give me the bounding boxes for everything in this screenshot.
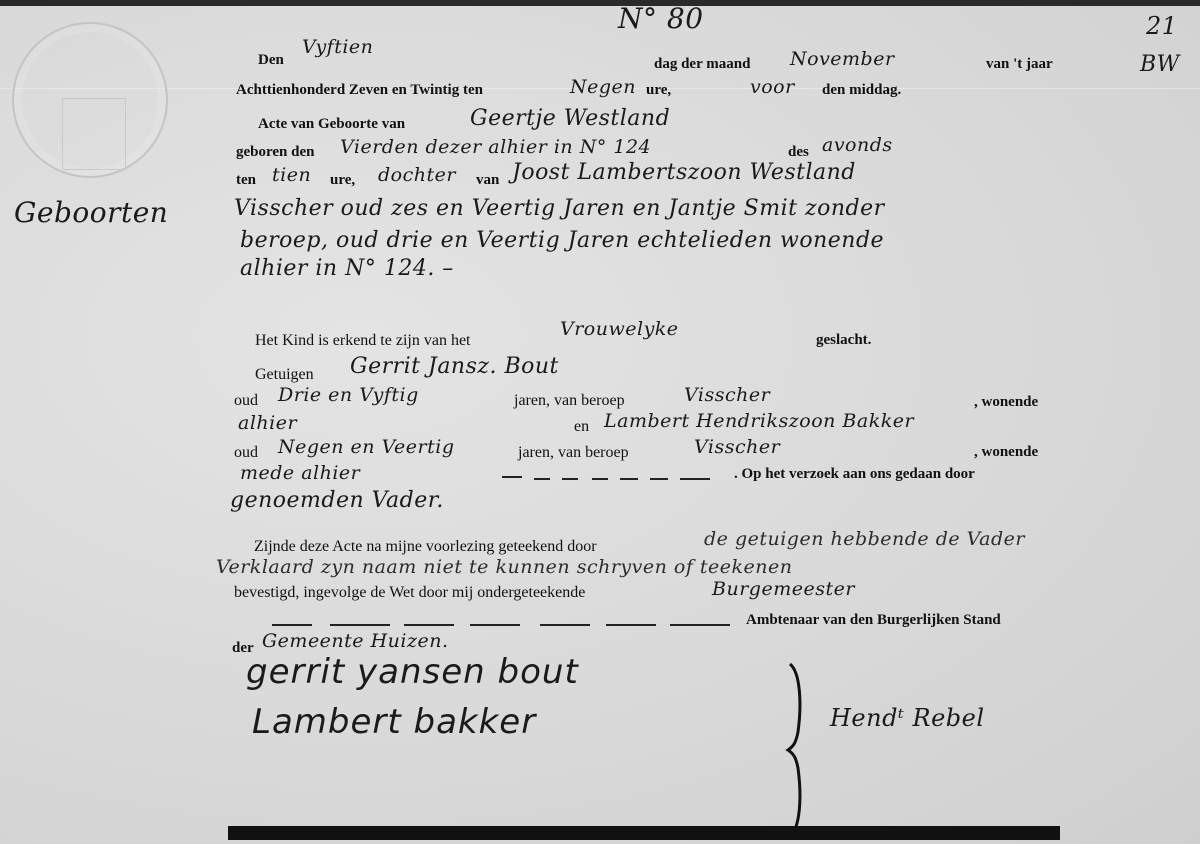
margin-note: Geboorten [14, 196, 168, 229]
en-label: en [574, 418, 589, 436]
witness2-occupation: Visscher [694, 436, 780, 458]
section-divider-rule [228, 826, 1060, 840]
geslacht-label: geslacht. [816, 332, 871, 349]
geboren-label: geboren den [236, 144, 314, 161]
parents-line-1: Visscher oud zes en Veertig Jaren en Jan… [234, 196, 885, 221]
signed-by-value: de getuigen hebbende de Vader [704, 528, 1025, 550]
filler-dash [592, 478, 608, 480]
getuigen-label: Getuigen [255, 366, 314, 384]
father-name: Joost Lambertszoon Westland [512, 160, 856, 185]
filler-dash [540, 624, 590, 626]
witness1-age: Drie en Vyftig [278, 384, 419, 406]
oud-label-2: oud [234, 444, 258, 462]
filler-dash [470, 624, 520, 626]
des-value: avonds [822, 134, 893, 156]
official-title: Burgemeester [712, 578, 855, 600]
hour-value: Negen [570, 76, 636, 98]
witness2-residence: mede alhier [240, 462, 360, 484]
des-label: des [788, 144, 809, 161]
middag-label: den middag. [822, 82, 901, 99]
jaren-label-2: jaren, van beroep [518, 444, 629, 462]
wonende-label-1: , wonende [974, 394, 1038, 411]
official-signature: Hendᵗ Rebel [830, 704, 985, 732]
requester-value: genoemden Vader. [230, 488, 444, 513]
witness1-occupation: Visscher [684, 384, 770, 406]
acte-label: Acte van Geboorte van [258, 116, 405, 133]
seal-shield [62, 98, 126, 170]
oud-label-1: oud [234, 392, 258, 410]
bevestigd-label: bevestigd, ingevolge de Wet door mij ond… [234, 584, 585, 602]
parents-line-2: beroep, oud drie en Veertig Jaren echtel… [240, 228, 884, 253]
witness1-name: Gerrit Jansz. Bout [350, 354, 559, 379]
wonende-label-2: , wonende [974, 444, 1038, 461]
filler-dash [404, 624, 454, 626]
ure-label-2: ure, [330, 172, 355, 189]
van-label: van [476, 172, 499, 189]
child-name: Geertje Westland [470, 106, 670, 131]
municipality-value: Gemeente Huizen. [262, 630, 449, 652]
page-initials: BW [1140, 52, 1180, 77]
month-value: November [790, 48, 895, 70]
ambtenaar-label: Ambtenaar van den Burgerlijken Stand [746, 612, 1001, 629]
ure-label: ure, [646, 82, 671, 99]
witness1-signature: gerrit yansen bout [246, 652, 579, 692]
witness1-residence: alhier [238, 412, 297, 434]
van-t-jaar-label: van 't jaar [986, 56, 1053, 73]
ten-label: ten [236, 172, 256, 189]
witness2-age: Negen en Veertig [278, 436, 455, 458]
dag-der-maand-label: dag der maand [654, 56, 750, 73]
filler-dash [680, 478, 710, 480]
gender-label: Het Kind is erkend te zijn van het [255, 332, 471, 350]
voor-value: voor [750, 76, 795, 98]
filler-dash [502, 476, 522, 478]
declared-value: Verklaard zyn naam niet te kunnen schryv… [216, 556, 793, 578]
filler-dash [330, 624, 390, 626]
filler-dash [562, 478, 578, 480]
year-text: Achttienhonderd Zeven en Twintig ten [236, 82, 483, 99]
jaren-label-1: jaren, van beroep [514, 392, 625, 410]
den-label: Den [258, 52, 284, 69]
birth-date-place: Vierden dezer alhier in N° 124 [340, 136, 651, 158]
witness2-name: Lambert Hendrikszoon Bakker [604, 410, 914, 432]
gender-value: Vrouwelyke [560, 318, 679, 340]
embossed-seal [12, 22, 168, 178]
page-top-edge [0, 0, 1200, 6]
witness2-signature: Lambert bakker [252, 702, 536, 742]
filler-dash [670, 624, 730, 626]
relation-value: dochter [378, 164, 456, 186]
verzoek-label: . Op het verzoek aan ons gedaan door [734, 466, 975, 483]
filler-dash [606, 624, 656, 626]
filler-dash [272, 624, 312, 626]
filler-dash [620, 478, 638, 480]
zijnde-label: Zijnde deze Acte na mijne voorlezing get… [254, 538, 597, 556]
birth-hour: tien [272, 164, 311, 186]
filler-dash [534, 478, 550, 480]
parents-line-3: alhier in N° 124. – [240, 256, 454, 281]
signature-brace-icon [784, 662, 808, 838]
page-number: 21 [1146, 12, 1178, 40]
filler-dash [650, 478, 668, 480]
day-value: Vyftien [302, 36, 373, 58]
act-number: N° 80 [618, 2, 704, 35]
